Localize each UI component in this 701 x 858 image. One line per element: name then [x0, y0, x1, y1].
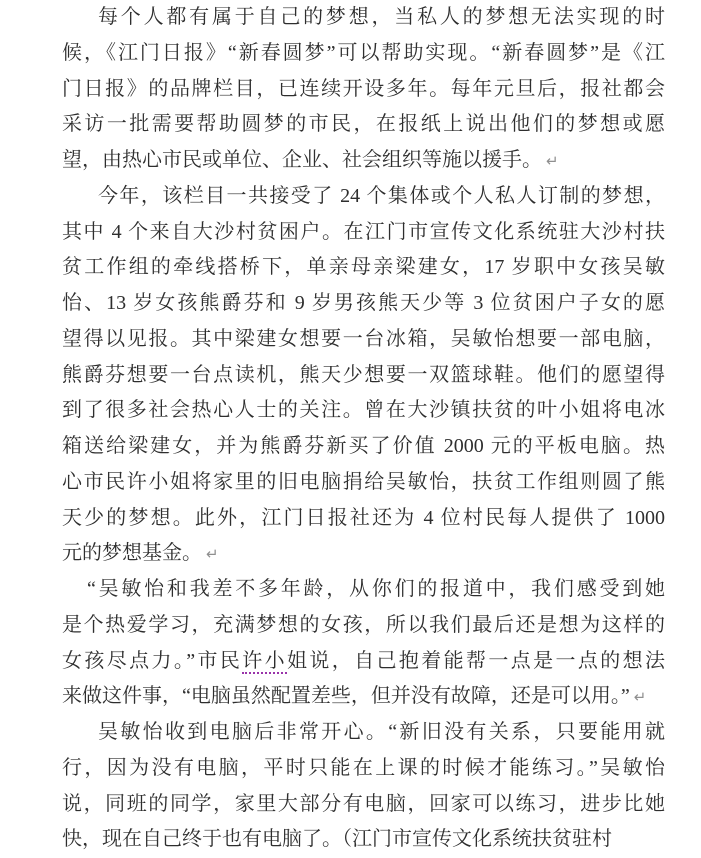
text-line[interactable]: 来做这件事，“电脑虽然配置差些，但并没有故障，还是可以用。”↵ [62, 679, 665, 715]
text-line[interactable]: 其中 4 个来自大沙村贫困户。在江门市宣传文化系统驻大沙村扶 [62, 215, 665, 251]
text-line[interactable]: 元的梦想基金。↵ [62, 536, 665, 572]
text-line[interactable]: 今年，该栏目一共接受了 24 个集体或个人私人订制的梦想， [62, 179, 665, 215]
text-line[interactable]: 女孩尽点力。”市民许小姐说，自己抱着能帮一点是一点的想法 [62, 644, 665, 680]
text-line[interactable]: 是个热爱学习，充满梦想的女孩，所以我们最后还是想为这样的 [62, 608, 665, 644]
text-line[interactable]: 吴敏怡收到电脑后非常开心。“新旧没有关系，只要能用就 [62, 715, 665, 751]
paragraph: 今年，该栏目一共接受了 24 个集体或个人私人订制的梦想，其中 4 个来自大沙村… [62, 179, 665, 572]
text-line[interactable]: 箱送给梁建女，并为熊爵芬新买了价值 2000 元的平板电脑。热 [62, 429, 665, 465]
text-segment: 女孩尽点力。”市民 [62, 650, 242, 672]
text-line[interactable]: 快，现在自己终于也有电脑了。（江门市宣传文化系统扶贫驻村 [62, 822, 665, 858]
grammar-underlined-text: 许小 [242, 650, 287, 674]
text-segment: 姐说，自己抱着能帮一点是一点的想法 [287, 650, 665, 672]
text-line[interactable]: 天少的梦想。此外，江门日报社还为 4 位村民每人提供了 1000 [62, 501, 665, 537]
text-line[interactable]: 心市民许小姐将家里的旧电脑捐给吴敏怡，扶贫工作组则圆了熊 [62, 465, 665, 501]
text-line[interactable]: 望，由热心市民或单位、企业、社会组织等施以援手。↵ [62, 143, 665, 179]
text-line[interactable]: 到了很多社会热心人士的关注。曾在大沙镇扶贫的叶小姐将电冰 [62, 393, 665, 429]
text-line[interactable]: 贫工作组的牵线搭桥下，单亲母亲梁建女，17 岁职中女孩吴敏 [62, 250, 665, 286]
text-line[interactable]: 怡、13 岁女孩熊爵芬和 9 岁男孩熊天少等 3 位贫困户子女的愿 [62, 286, 665, 322]
text-line[interactable]: 行，因为没有电脑，平时只能在上课的时候才能练习。”吴敏怡 [62, 751, 665, 787]
paragraph: 每个人都有属于自己的梦想，当私人的梦想无法实现的时候，《江门日报》“新春圆梦”可… [62, 0, 665, 179]
text-line[interactable]: 门日报》的品牌栏目，已连续开设多年。每年元旦后，报社都会 [62, 72, 665, 108]
text-line[interactable]: 候，《江门日报》“新春圆梦”可以帮助实现。“新春圆梦”是《江 [62, 36, 665, 72]
document-body: 每个人都有属于自己的梦想，当私人的梦想无法实现的时候，《江门日报》“新春圆梦”可… [62, 0, 665, 858]
paragraph: 吴敏怡收到电脑后非常开心。“新旧没有关系，只要能用就行，因为没有电脑，平时只能在… [62, 715, 665, 858]
text-line[interactable]: 每个人都有属于自己的梦想，当私人的梦想无法实现的时 [62, 0, 665, 36]
document-page[interactable]: 每个人都有属于自己的梦想，当私人的梦想无法实现的时候，《江门日报》“新春圆梦”可… [0, 0, 701, 858]
text-line[interactable]: 说，同班的同学，家里大部分有电脑，回家可以练习，进步比她 [62, 787, 665, 823]
text-line[interactable]: 采访一批需要帮助圆梦的市民，在报纸上说出他们的梦想或愿 [62, 107, 665, 143]
text-line[interactable]: 望得以见报。其中梁建女想要一台冰箱，吴敏怡想要一部电脑， [62, 322, 665, 358]
text-line[interactable]: 熊爵芬想要一台点读机，熊天少想要一双篮球鞋。他们的愿望得 [62, 358, 665, 394]
paragraph: “吴敏怡和我差不多年龄，从你们的报道中，我们感受到她是个热爱学习，充满梦想的女孩… [62, 572, 665, 715]
text-line[interactable]: “吴敏怡和我差不多年龄，从你们的报道中，我们感受到她 [62, 572, 665, 608]
